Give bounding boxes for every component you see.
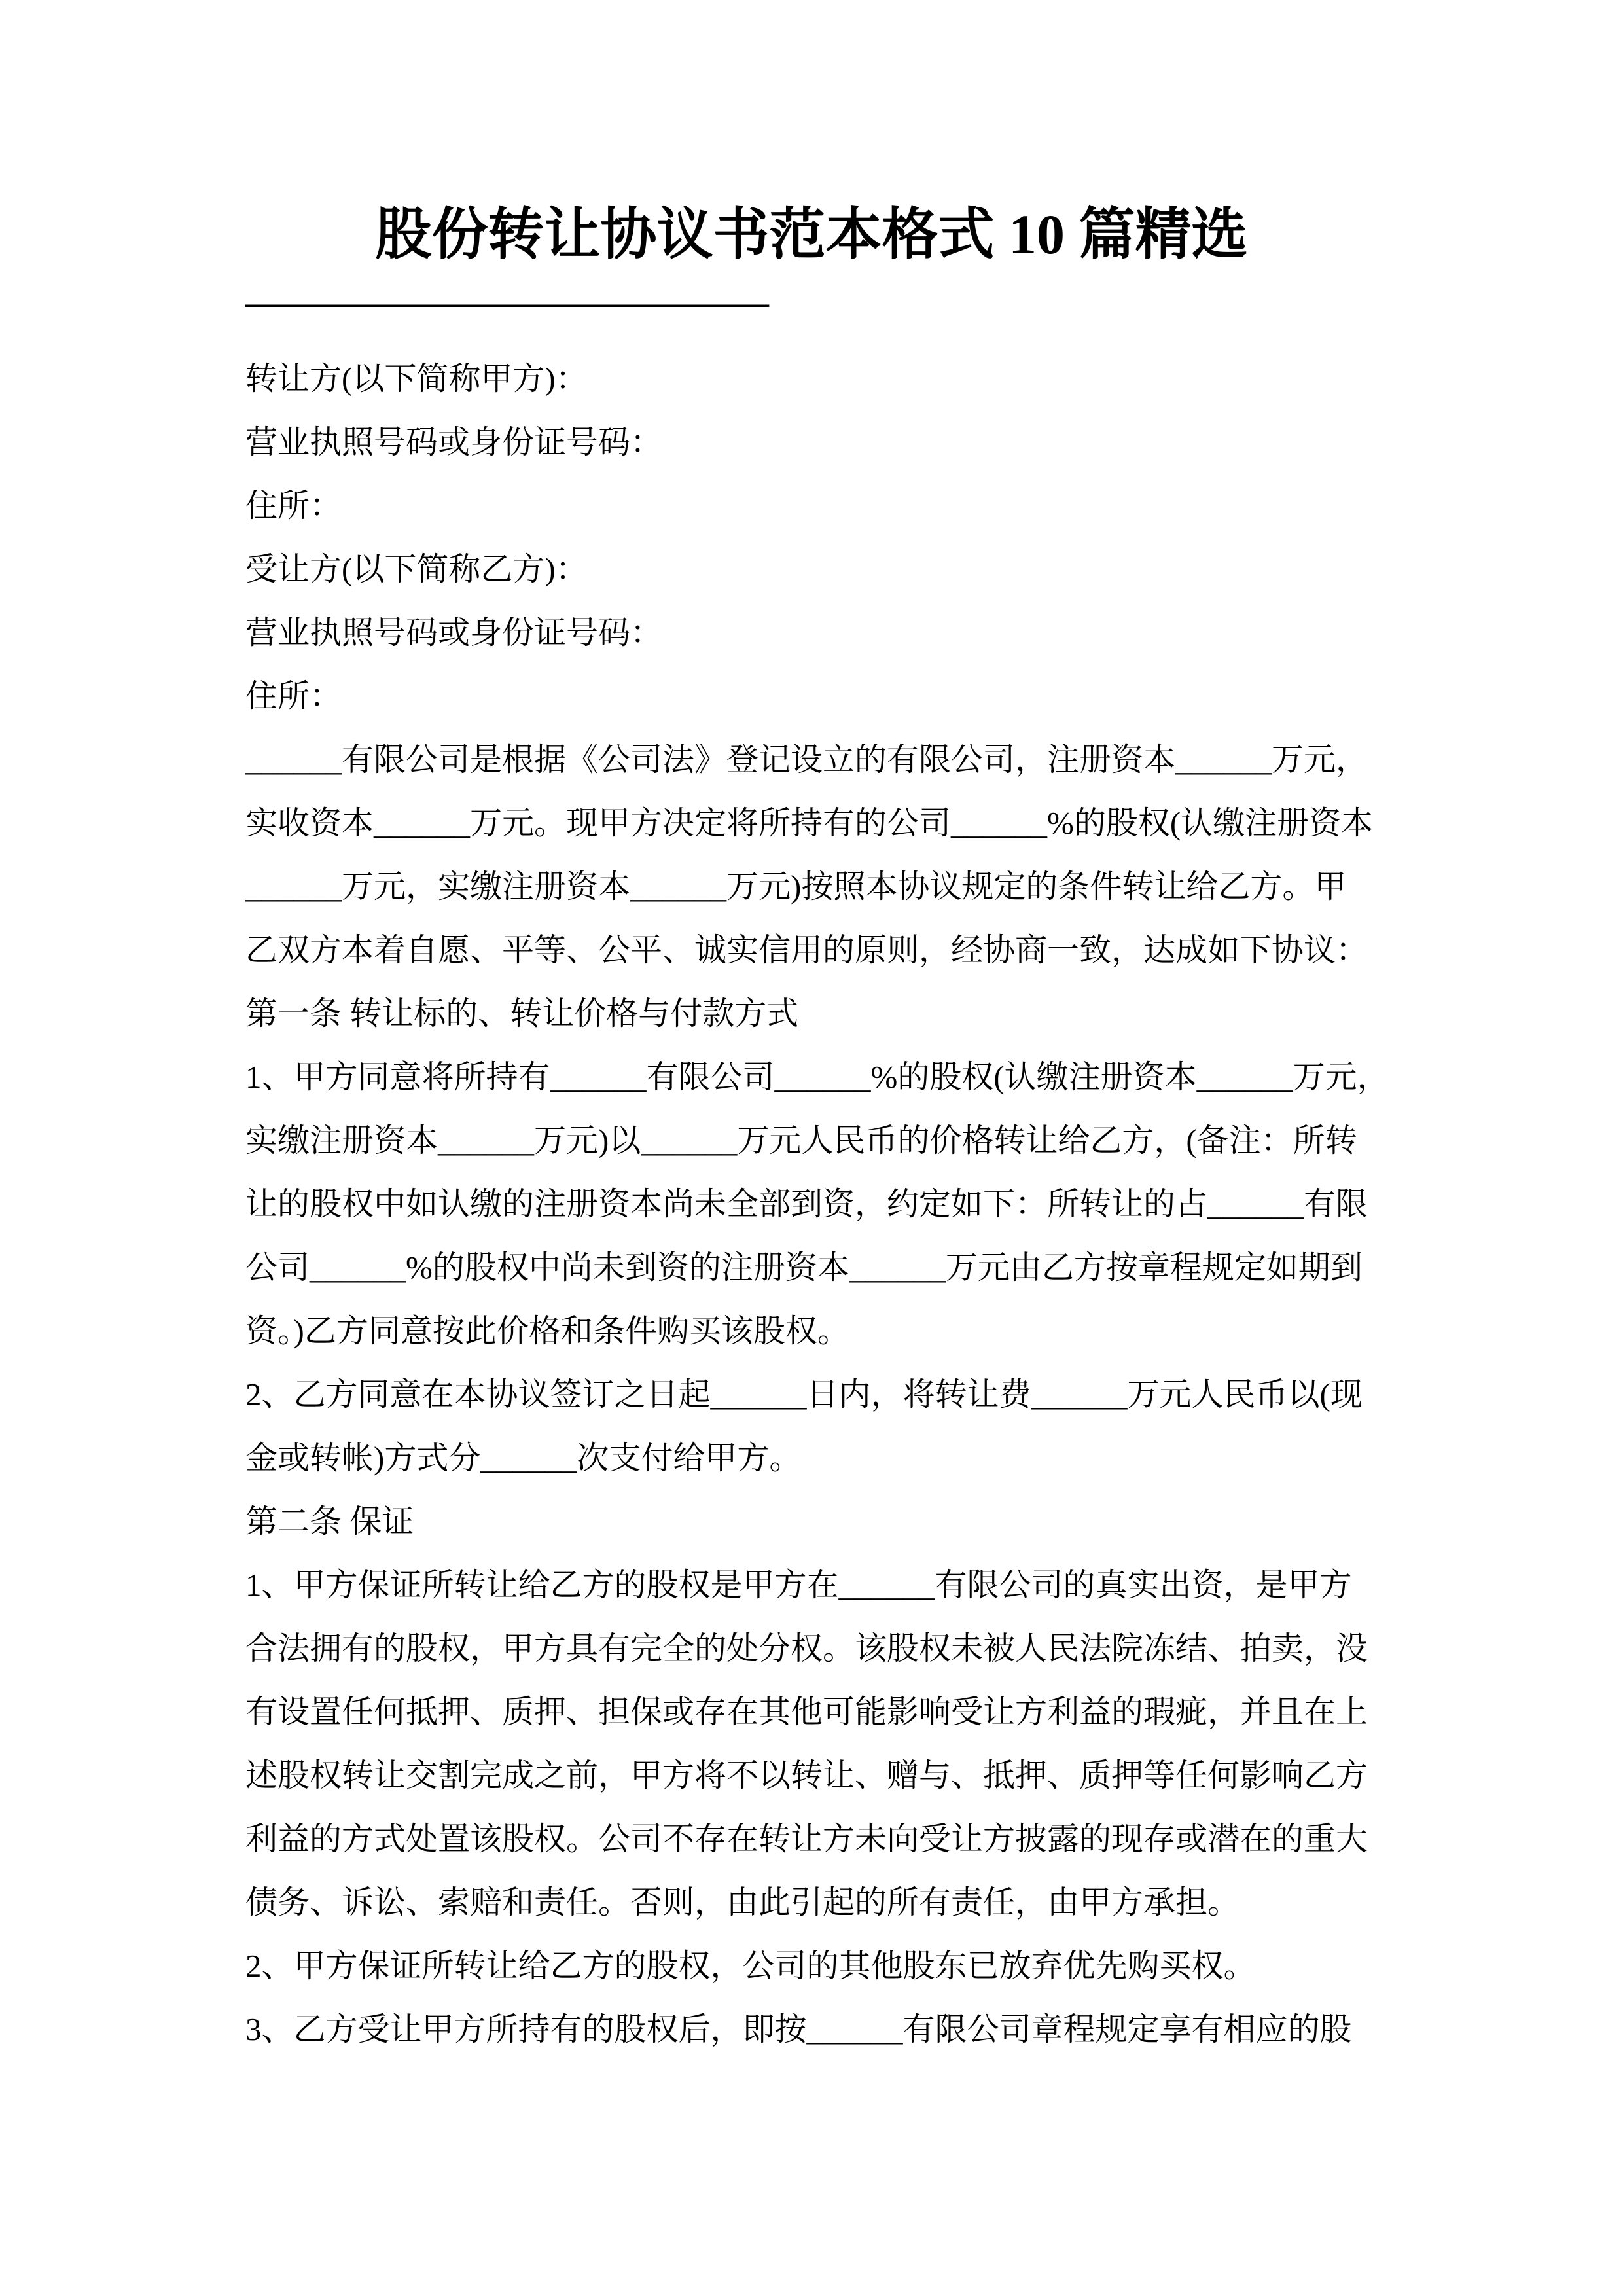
text-line: 2、乙方同意在本协议签订之日起______日内，将转让费______万元人民币以…: [245, 1363, 1400, 1426]
text-line: 公司______%的股权中尚未到资的注册资本______万元由乙方按章程规定如期…: [245, 1236, 1400, 1299]
document-page: 股份转让协议书范本格式 10 篇精选 _____________________…: [0, 0, 1623, 2296]
text-line: 2、甲方保证所转让给乙方的股权，公司的其他股东已放弃优先购买权。: [245, 1934, 1400, 1998]
text-line: 1、甲方同意将所持有______有限公司______%的股权(认缴注册资本___…: [245, 1045, 1400, 1109]
text-line: 述股权转让交割完成之前，甲方将不以转让、赠与、抵押、质押等任何影响乙方: [245, 1744, 1400, 1807]
text-line: 让的股权中如认缴的注册资本尚未全部到资，约定如下：所转让的占______有限: [245, 1172, 1400, 1236]
document-body: 转让方(以下简称甲方)：营业执照号码或身份证号码：住所：受让方(以下简称乙方)：…: [0, 347, 1623, 2061]
text-line: 金或转帐)方式分______次支付给甲方。: [245, 1426, 1400, 1490]
text-line: 实收资本______万元。现甲方决定将所持有的公司______%的股权(认缴注册…: [245, 791, 1400, 855]
text-line: 利益的方式处置该股权。公司不存在转让方未向受让方披露的现存或潜在的重大: [245, 1807, 1400, 1871]
text-line: 第二条 保证: [245, 1490, 1400, 1553]
text-line: 债务、诉讼、索赔和责任。否则，由此引起的所有责任，由甲方承担。: [245, 1871, 1400, 1934]
text-line: 住所：: [245, 664, 1400, 728]
text-line: 营业执照号码或身份证号码：: [245, 410, 1400, 474]
text-line: 营业执照号码或身份证号码：: [245, 601, 1400, 664]
text-line: 合法拥有的股权，甲方具有完全的处分权。该股权未被人民法院冻结、拍卖，没: [245, 1617, 1400, 1680]
text-line: ______有限公司是根据《公司法》登记设立的有限公司，注册资本______万元…: [245, 728, 1400, 791]
text-line: 实缴注册资本______万元)以______万元人民币的价格转让给乙方，(备注：…: [245, 1109, 1400, 1172]
text-line: 住所：: [245, 474, 1400, 537]
text-line: 资。)乙方同意按此价格和条件购买该股权。: [245, 1299, 1400, 1363]
document-title: 股份转让协议书范本格式 10 篇精选: [0, 0, 1623, 267]
text-line: 转让方(以下简称甲方)：: [245, 347, 1400, 410]
text-line: 3、乙方受让甲方所持有的股权后，即按______有限公司章程规定享有相应的股: [245, 1998, 1400, 2061]
text-line: 有设置任何抵押、质押、担保或存在其他可能影响受让方利益的瑕疵，并且在上: [245, 1680, 1400, 1744]
title-divider: ________________________________: [0, 271, 1623, 312]
text-line: 1、甲方保证所转让给乙方的股权是甲方在______有限公司的真实出资，是甲方: [245, 1553, 1400, 1617]
text-line: ______万元，实缴注册资本______万元)按照本协议规定的条件转让给乙方。…: [245, 855, 1400, 918]
text-line: 乙双方本着自愿、平等、公平、诚实信用的原则，经协商一致，达成如下协议：: [245, 918, 1400, 982]
text-line: 受让方(以下简称乙方)：: [245, 537, 1400, 601]
text-line: 第一条 转让标的、转让价格与付款方式: [245, 982, 1400, 1045]
